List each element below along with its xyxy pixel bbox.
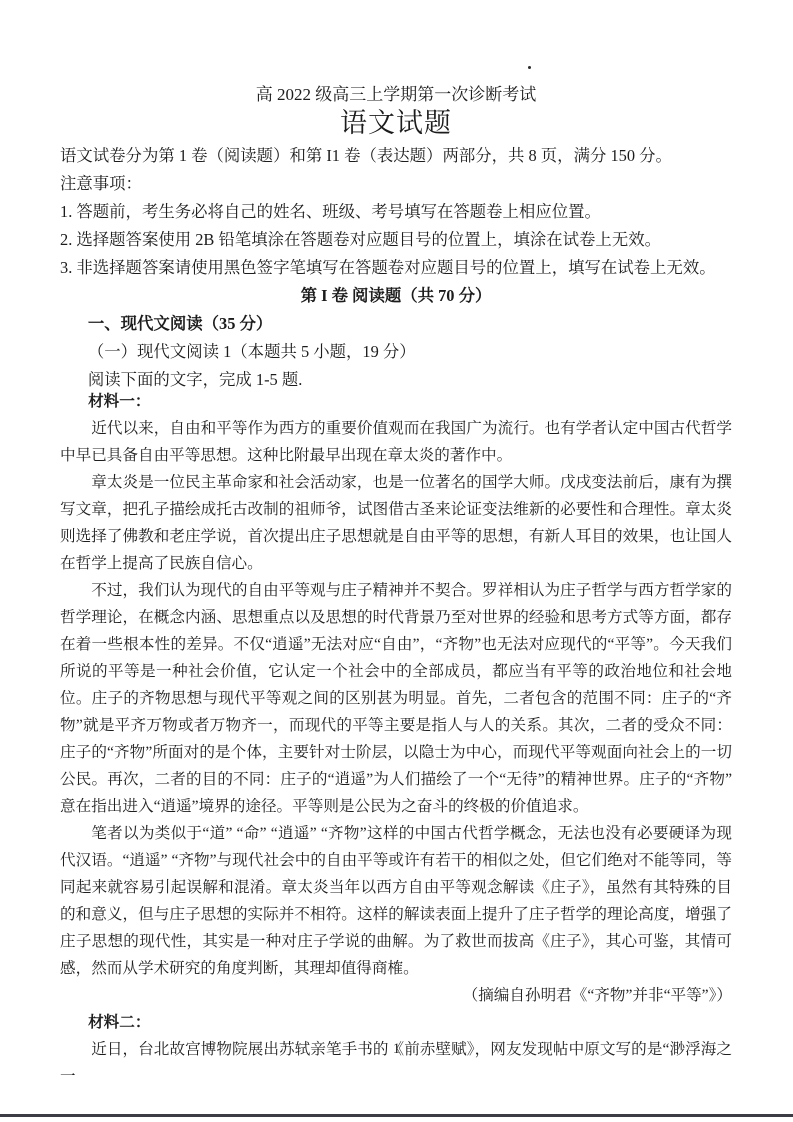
material1-paragraph-4: 笔者以为类似于“道” “命” “逍遥” “齐物”这样的中国古代哲学概念，无法也没… (60, 820, 732, 982)
exam-paper-page: 高 2022 级高三上学期第一次诊断考试 语文试题 语文试卷分为第 1 卷（阅读… (0, 0, 793, 1122)
paper-structure-note: 语文试卷分为第 1 卷（阅读题）和第 I1 卷（表达题）两部分，共 8 页，满分… (60, 142, 732, 170)
notice-item-1: 1. 答题前，考生务必将自己的姓名、班级、考号填写在答题卷上相应位置。 (60, 198, 732, 226)
page-bottom-edge (0, 1114, 793, 1117)
material1-paragraph-3: 不过，我们认为现代的自由平等观与庄子精神并不契合。罗祥相认为庄子哲学与西方哲学家… (60, 577, 732, 820)
subsection-heading: （一）现代文阅读 1（本题共 5 小题，19 分） (60, 338, 732, 366)
material1-paragraph-1: 近代以来，自由和平等作为西方的重要价值观而在我国广为流行。也有学者认定中国古代哲… (60, 415, 732, 469)
material1-attribution: （摘编自孙明君《“齐物”并非“平等”》） (60, 982, 732, 1009)
page-content: 高 2022 级高三上学期第一次诊断考试 语文试题 语文试卷分为第 1 卷（阅读… (0, 84, 793, 1090)
reading-materials: 材料一： 近代以来，自由和平等作为西方的重要价值观而在我国广为流行。也有学者认定… (60, 388, 732, 1090)
front-matter: 语文试卷分为第 1 卷（阅读题）和第 I1 卷（表达题）两部分，共 8 页，满分… (60, 142, 732, 394)
notice-item-2: 2. 选择题答案使用 2B 铅笔填涂在答题卷对应题目号的位置上，填涂在试卷上无效… (60, 226, 732, 254)
stray-mark-dot (528, 66, 531, 69)
subject-title: 语文试题 (60, 106, 732, 140)
volume-heading: 第 I 卷 阅读题（共 70 分） (60, 282, 732, 310)
page-number: 1 (0, 1040, 793, 1058)
notice-item-3: 3. 非选择题答案请使用黑色签字笔填写在答题卷对应题目号的位置上，填写在试卷上无… (60, 254, 732, 282)
material2-label: 材料二： (60, 1009, 732, 1036)
material1-paragraph-2: 章太炎是一位民主革命家和社会活动家，也是一位著名的国学大师。戊戌变法前后，康有为… (60, 469, 732, 577)
exam-session-title: 高 2022 级高三上学期第一次诊断考试 (60, 84, 732, 106)
section-heading: 一、现代文阅读（35 分） (60, 310, 732, 338)
notice-heading: 注意事项： (60, 170, 732, 198)
